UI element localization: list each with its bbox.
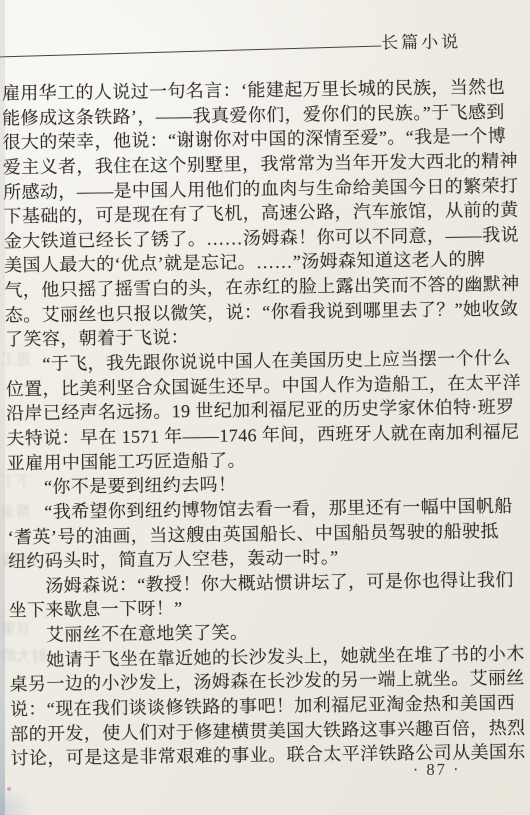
header-rule [0,45,381,58]
running-title: 长篇小说 [381,27,461,53]
pink-speck-artifact [7,787,11,791]
book-page: 长篇小说 雇用华工的人说过一句名言：‘能建起万里长城的民族，当然也能修成这条铁路… [0,0,530,815]
scan-edge-shadow [0,0,5,815]
printed-area: 长篇小说 雇用华工的人说过一句名言：‘能建起万里长城的民族，当然也能修成这条铁路… [0,0,530,815]
page-number: · 87 · [413,759,461,780]
body-text: 雇用华工的人说过一句名言：‘能建起万里长城的民族，当然也能修成这条铁路’，——我… [2,75,523,772]
scan-corner-artifact [0,785,34,815]
